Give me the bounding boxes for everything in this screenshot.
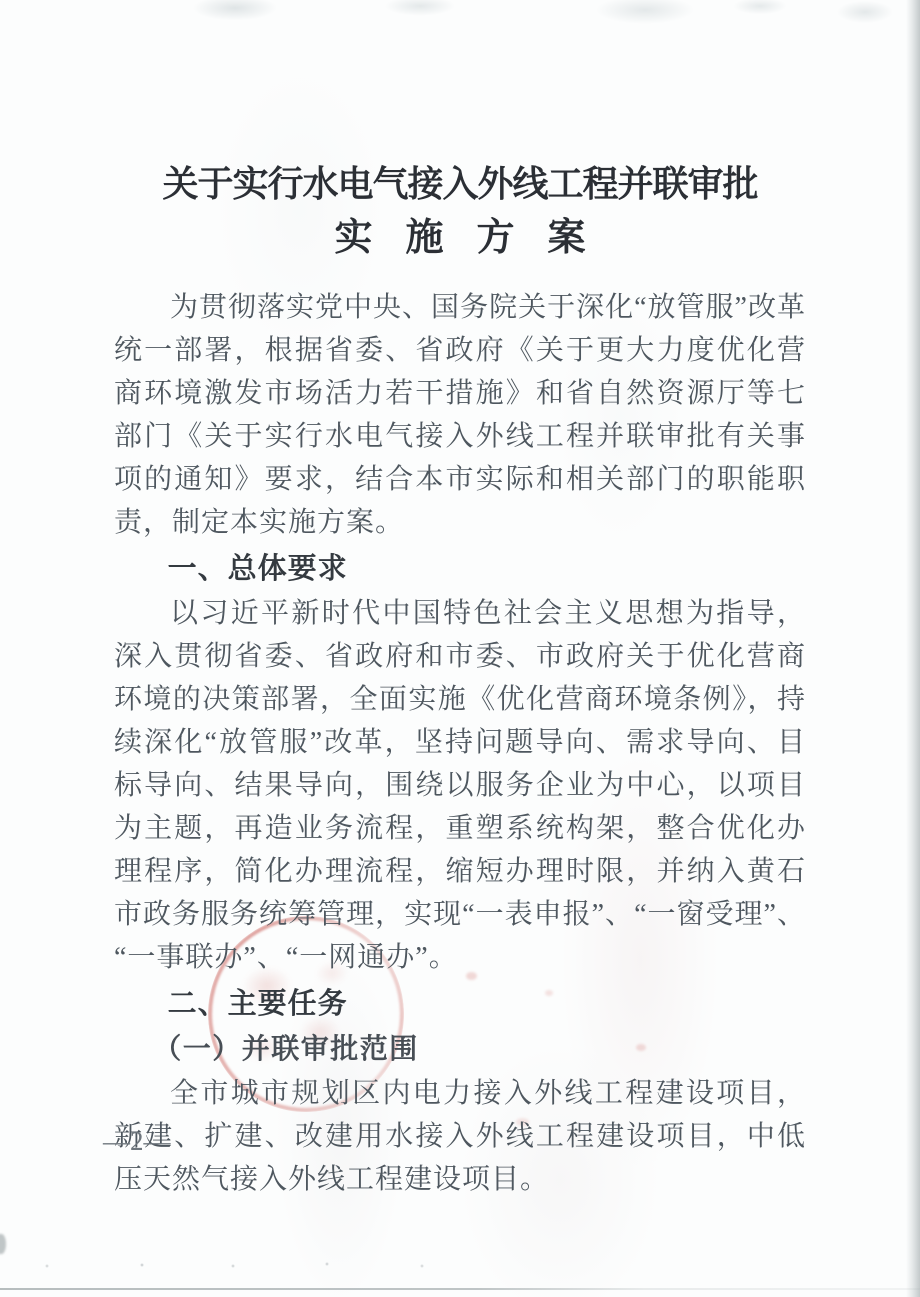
section-heading-1: 一、总体要求 [114, 546, 806, 592]
subsection-heading-1: （一）并联审批范围 [114, 1027, 806, 1072]
document-body: 关于实行水电气接入外线工程并联审批 实施方案 为贯彻落实党中央、国务院关于深化“… [0, 0, 920, 1201]
paragraph-intro: 为贯彻落实党中央、国务院关于深化“放管服”改革统一部署，根据省委、省政府《关于更… [114, 286, 806, 544]
document-title-line-2-text: 实施方案 [334, 217, 618, 259]
document-title-line-1: 关于实行水电气接入外线工程并联审批 [114, 160, 806, 208]
scanned-document-page: 关于实行水电气接入外线工程并联审批 实施方案 为贯彻落实党中央、国务院关于深化“… [0, 0, 920, 1297]
paragraph-approval-scope: 全市城市规划区内电力接入外线工程建设项目，新建、扩建、改建用水接入外线工程建设项… [114, 1072, 806, 1201]
section-heading-2: 二、主要任务 [114, 981, 806, 1027]
scan-edge-left-mark [0, 1234, 6, 1254]
scan-edge-bottom [0, 1288, 920, 1290]
paragraph-overall-requirements: 以习近平新时代中国特色社会主义思想为指导，深入贯彻省委、省政府和市委、市政府关于… [114, 592, 806, 979]
document-title-line-2: 实施方案 [114, 214, 806, 262]
page-number: —2— [103, 1126, 171, 1156]
